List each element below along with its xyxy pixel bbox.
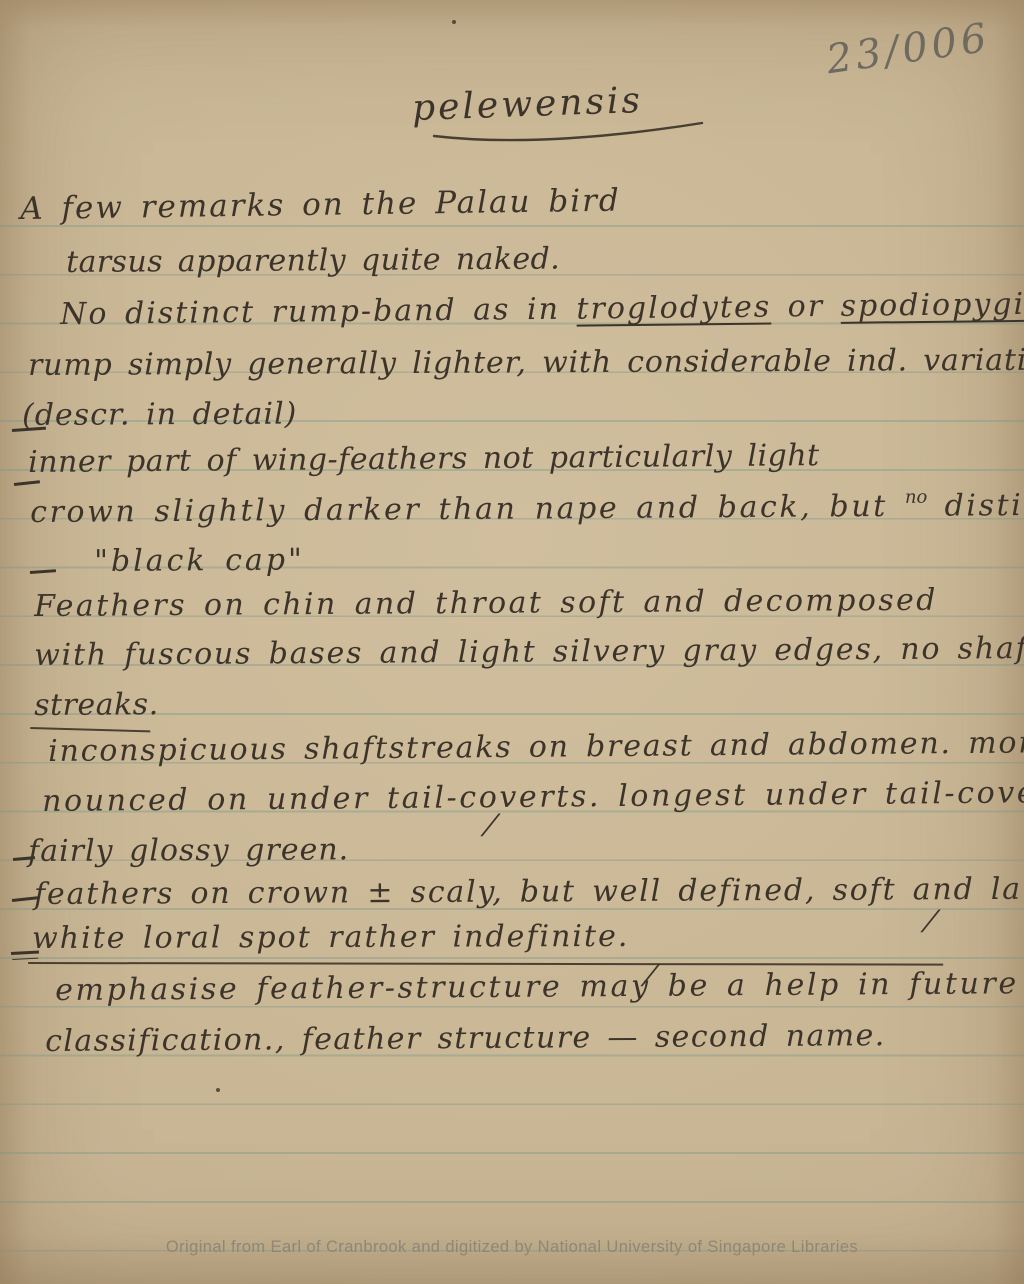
ink-marks-layer: ⁄⁄⁄ — [0, 0, 1024, 1284]
ink-mark-dot — [452, 20, 456, 24]
ink-mark-dash — [13, 856, 35, 861]
digitization-credit: Original from Earl of Cranbrook and digi… — [0, 1238, 1024, 1257]
ink-mark-dash — [30, 569, 56, 574]
ink-mark-dash — [12, 427, 46, 432]
ink-mark-dash2 — [11, 951, 39, 955]
ink-mark-slash: ⁄ — [648, 962, 653, 992]
ink-mark-dash — [14, 480, 40, 486]
ink-mark-slash: ⁄ — [488, 812, 493, 842]
scanned-note-page: 23/006 pelewensis A few remarks on the P… — [0, 0, 1024, 1284]
ink-mark-dash — [12, 896, 38, 902]
ink-mark-dot — [216, 1088, 220, 1092]
ink-mark-slash: ⁄ — [928, 908, 933, 938]
